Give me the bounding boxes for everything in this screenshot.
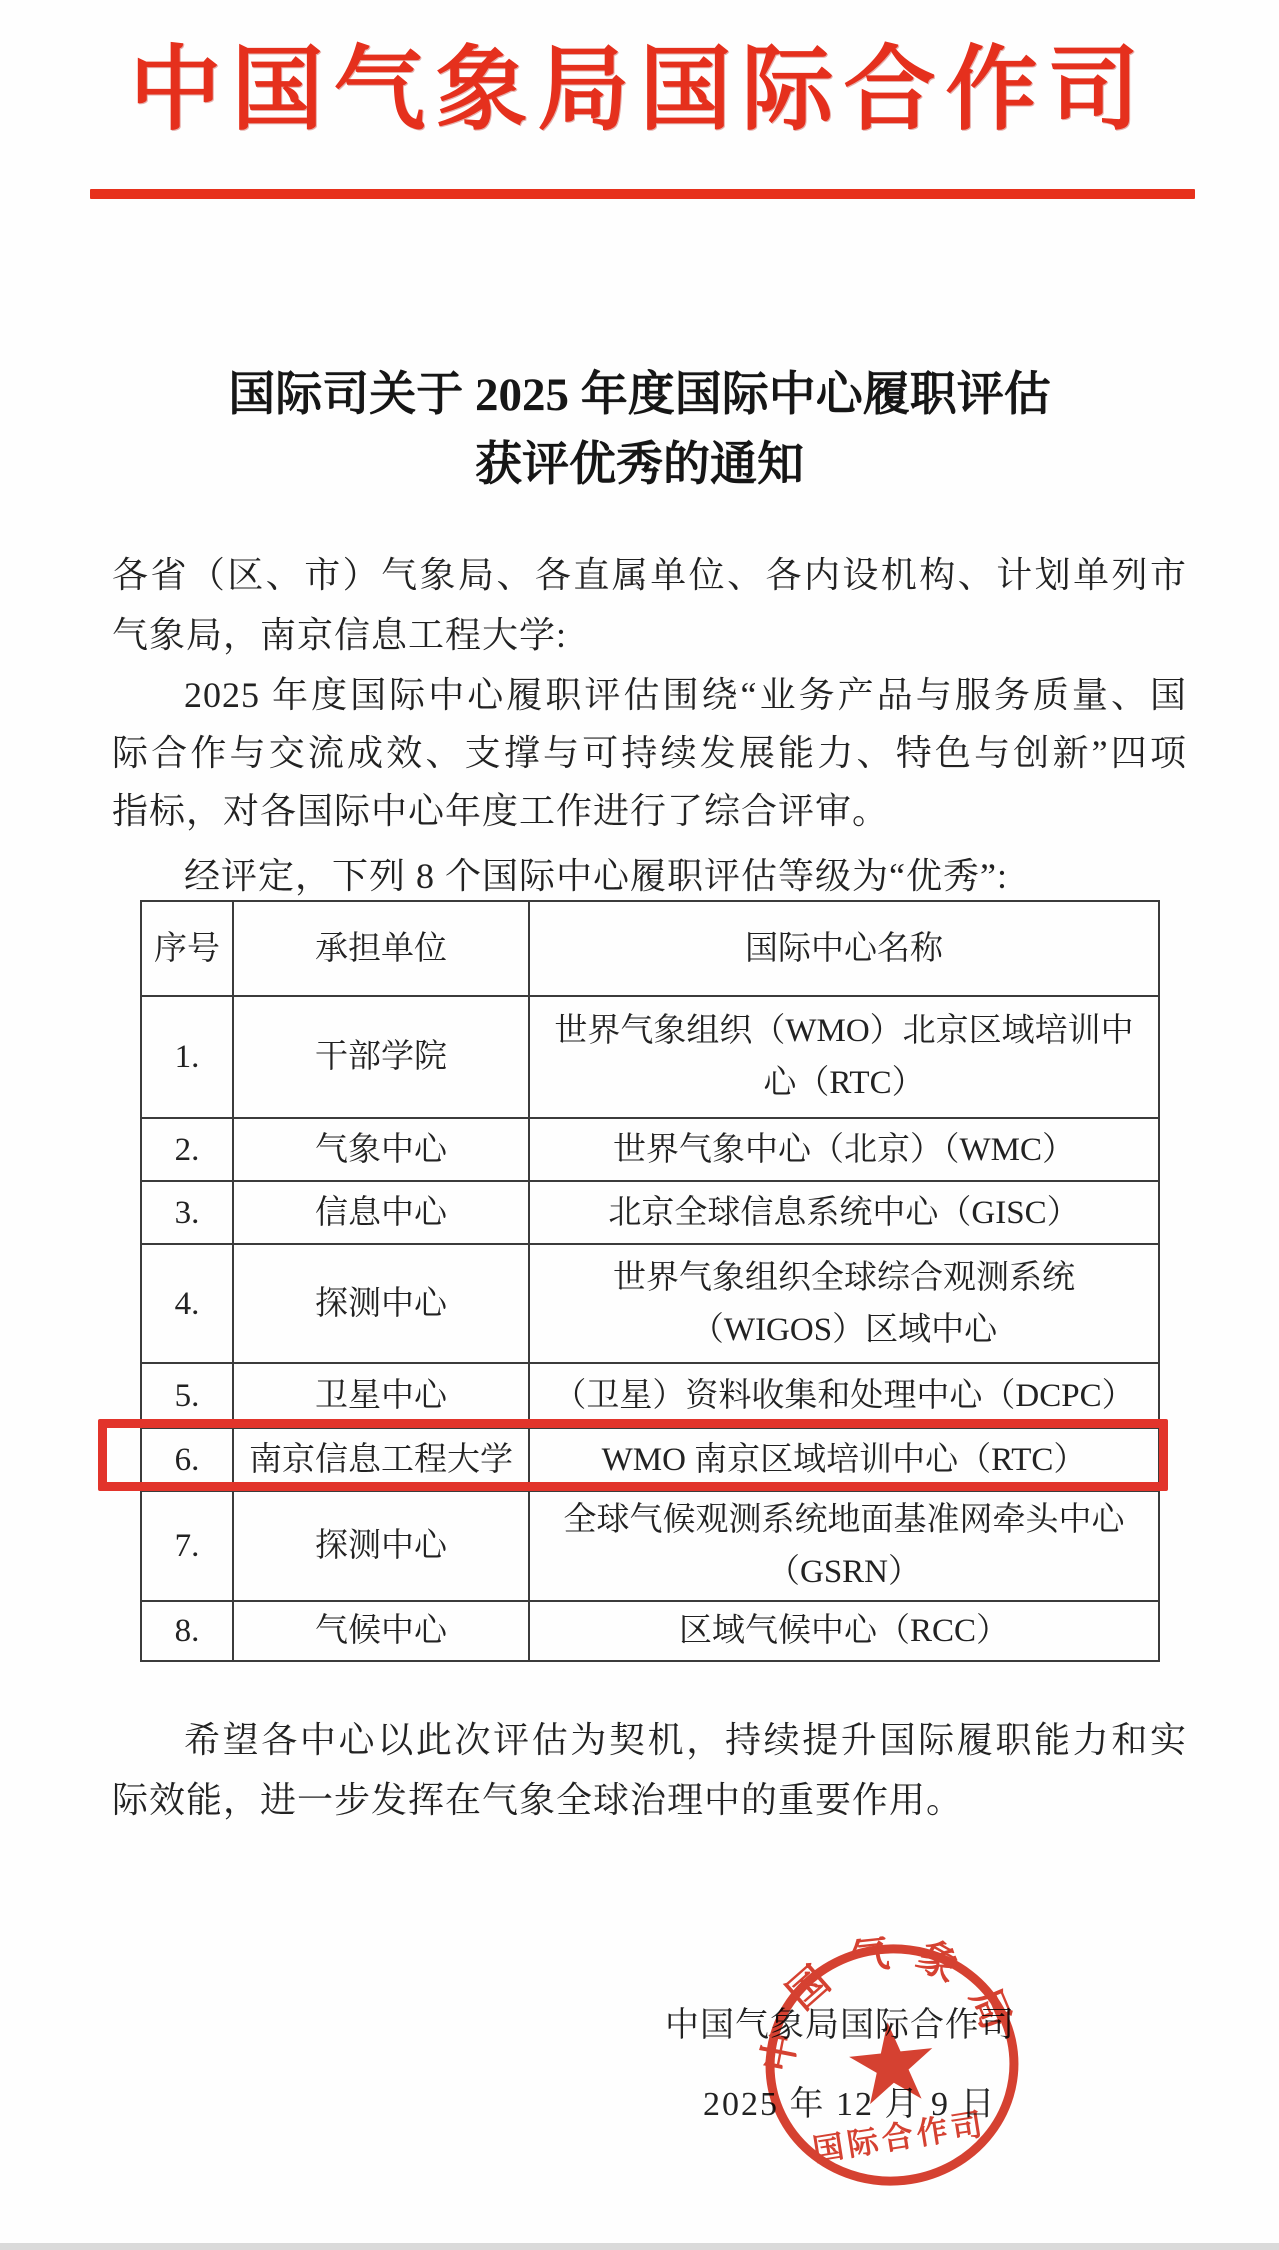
row-number-cell: 1. bbox=[141, 996, 233, 1118]
table-row: 3.信息中心北京全球信息系统中心（GISC） bbox=[141, 1181, 1159, 1244]
table-header-cell: 承担单位 bbox=[233, 901, 529, 996]
document-page: 中国气象局国际合作司 国际司关于 2025 年度国际中心履职评估 获评优秀的通知… bbox=[0, 0, 1279, 2250]
unit-cell: 南京信息工程大学 bbox=[233, 1428, 529, 1491]
paragraph-line: 2025 年度国际中心履职评估围绕“业务产品与服务质量、国 bbox=[112, 666, 1187, 724]
seal-star-icon bbox=[846, 2018, 937, 2106]
table-row: 7.探测中心全球气候观测系统地面基准网牵头中心（GSRN） bbox=[141, 1491, 1159, 1601]
table-header-row: 序号承担单位国际中心名称 bbox=[141, 901, 1159, 996]
scan-edge-strip bbox=[0, 2243, 1279, 2250]
recipients-paragraph: 各省（区、市）气象局、各直属单位、各内设机构、计划单列市气象局，南京信息工程大学… bbox=[112, 545, 1187, 665]
table-row-highlighted: 6.南京信息工程大学WMO 南京区域培训中心（RTC） bbox=[141, 1428, 1159, 1491]
verdict-line: 经评定，下列 8 个国际中心履职评估等级为“优秀”: bbox=[112, 846, 1187, 906]
table-row: 1.干部学院世界气象组织（WMO）北京区域培训中心（RTC） bbox=[141, 996, 1159, 1118]
unit-cell: 信息中心 bbox=[233, 1181, 529, 1244]
official-seal: 中国气象局 国际合作司 bbox=[743, 1922, 1040, 2207]
center-name-cell: 世界气象组织（WMO）北京区域培训中心（RTC） bbox=[529, 996, 1159, 1118]
row-number-cell: 5. bbox=[141, 1363, 233, 1428]
unit-cell: 干部学院 bbox=[233, 996, 529, 1118]
intro-paragraph: 2025 年度国际中心履职评估围绕“业务产品与服务质量、国际合作与交流成效、支撑… bbox=[112, 666, 1187, 840]
center-name-cell: 世界气象组织全球综合观测系统（WIGOS）区域中心 bbox=[529, 1244, 1159, 1363]
center-name-cell: 区域气候中心（RCC） bbox=[529, 1601, 1159, 1661]
unit-cell: 气候中心 bbox=[233, 1601, 529, 1661]
row-number-cell: 8. bbox=[141, 1601, 233, 1661]
row-number-cell: 3. bbox=[141, 1181, 233, 1244]
table-row: 2.气象中心世界气象中心（北京）（WMC） bbox=[141, 1118, 1159, 1181]
center-name-cell: （卫星）资料收集和处理中心（DCPC） bbox=[529, 1363, 1159, 1428]
unit-cell: 气象中心 bbox=[233, 1118, 529, 1181]
row-number-cell: 4. bbox=[141, 1244, 233, 1363]
center-name-cell: 世界气象中心（北京）（WMC） bbox=[529, 1118, 1159, 1181]
document-title: 国际司关于 2025 年度国际中心履职评估 获评优秀的通知 bbox=[0, 360, 1279, 500]
letterhead-divider-rule bbox=[90, 189, 1195, 199]
center-name-cell: WMO 南京区域培训中心（RTC） bbox=[529, 1428, 1159, 1491]
table-header-cell: 序号 bbox=[141, 901, 233, 996]
document-title-line2: 获评优秀的通知 bbox=[0, 430, 1279, 500]
paragraph-line: 际合作与交流成效、支撑与可持续发展能力、特色与创新”四项 bbox=[112, 724, 1187, 782]
closing-paragraph: 希望各中心以此次评估为契机，持续提升国际履职能力和实际效能，进一步发挥在气象全球… bbox=[112, 1710, 1187, 1830]
table-row: 4.探测中心世界气象组织全球综合观测系统（WIGOS）区域中心 bbox=[141, 1244, 1159, 1363]
document-title-line1: 国际司关于 2025 年度国际中心履职评估 bbox=[0, 360, 1279, 430]
paragraph-line: 指标，对各国际中心年度工作进行了综合评审。 bbox=[112, 782, 1187, 840]
paragraph-line: 各省（区、市）气象局、各直属单位、各内设机构、计划单列市 bbox=[112, 545, 1187, 605]
table-header-cell: 国际中心名称 bbox=[529, 901, 1159, 996]
center-name-cell: 全球气候观测系统地面基准网牵头中心（GSRN） bbox=[529, 1491, 1159, 1601]
row-number-cell: 2. bbox=[141, 1118, 233, 1181]
evaluation-results-table: 序号承担单位国际中心名称1.干部学院世界气象组织（WMO）北京区域培训中心（RT… bbox=[140, 900, 1160, 1662]
center-name-cell: 北京全球信息系统中心（GISC） bbox=[529, 1181, 1159, 1244]
unit-cell: 探测中心 bbox=[233, 1244, 529, 1363]
row-number-cell: 6. bbox=[141, 1428, 233, 1491]
table-row: 8.气候中心区域气候中心（RCC） bbox=[141, 1601, 1159, 1661]
unit-cell: 探测中心 bbox=[233, 1491, 529, 1601]
letterhead-title: 中国气象局国际合作司 bbox=[0, 16, 1279, 148]
paragraph-line: 希望各中心以此次评估为契机，持续提升国际履职能力和实 bbox=[112, 1710, 1187, 1770]
table-row: 5.卫星中心（卫星）资料收集和处理中心（DCPC） bbox=[141, 1363, 1159, 1428]
paragraph-line: 际效能，进一步发挥在气象全球治理中的重要作用。 bbox=[112, 1770, 1187, 1830]
row-number-cell: 7. bbox=[141, 1491, 233, 1601]
paragraph-line: 经评定，下列 8 个国际中心履职评估等级为“优秀”: bbox=[112, 846, 1187, 906]
paragraph-line: 气象局，南京信息工程大学: bbox=[112, 605, 1187, 665]
unit-cell: 卫星中心 bbox=[233, 1363, 529, 1428]
